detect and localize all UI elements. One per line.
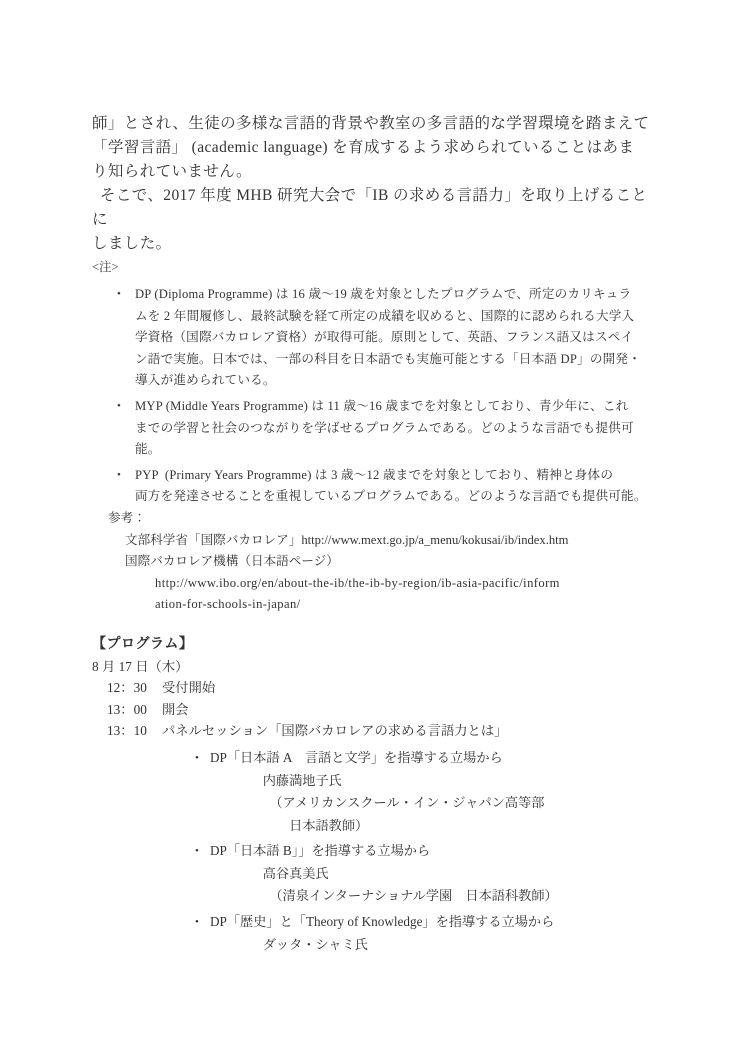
panel-item-text: DP「日本語 B」」を指導する立場から 高谷真美氏 （清泉インターナショナル学園… [210, 840, 558, 908]
schedule-row-opening: 13：00 開会 [107, 699, 661, 721]
intro-section: 師」とされ、生徒の多様な言語的背景や教室の多言語的な学習環境を踏まえて 「学習言… [92, 112, 661, 256]
schedule-label: パネルセッション「国際バカロレアの求める言語力とは」 [162, 720, 507, 742]
panel-session-list: • DP「日本語 A 言語と文学」を指導する立場から 内藤満地子氏 （アメリカン… [92, 747, 661, 956]
bullet-icon: • [117, 284, 135, 392]
bullet-icon: • [117, 465, 135, 508]
note-item-myp: • MYP (Middle Years Programme) は 11 歳〜16… [117, 396, 661, 461]
notes-label: <注> [92, 256, 661, 278]
program-schedule: 12：30 受付開始 13：00 開会 13：10 パネルセッション「国際バカロ… [92, 677, 661, 742]
reference-ibo-url-line-2: ation-for-schools-in-japan/ [155, 594, 661, 616]
schedule-time: 13：10 [107, 720, 162, 742]
bullet-icon: • [195, 911, 210, 956]
reference-mext-link: 文部科学省「国際バカロレア」http://www.mext.go.jp/a_me… [125, 530, 661, 552]
program-section: 【プログラム】 8 月 17 日（木） 12：30 受付開始 13：00 開会 … [92, 634, 661, 956]
bullet-icon: • [195, 840, 210, 908]
schedule-row-panel-session: 13：10 パネルセッション「国際バカロレアの求める言語力とは」 [107, 720, 661, 742]
note-item-pyp: • PYP (Primary Years Programme) は 3 歳〜12… [117, 465, 661, 508]
note-item-text: DP (Diploma Programme) は 16 歳〜19 歳を対象とした… [135, 284, 641, 392]
note-item-dp: • DP (Diploma Programme) は 16 歳〜19 歳を対象と… [117, 284, 661, 392]
schedule-label: 開会 [162, 699, 189, 721]
schedule-label: 受付開始 [162, 677, 215, 699]
schedule-row-reception: 12：30 受付開始 [107, 677, 661, 699]
bullet-icon: • [117, 396, 135, 461]
bullet-icon: • [195, 747, 210, 837]
panel-item-japanese-b: • DP「日本語 B」」を指導する立場から 高谷真美氏 （清泉インターナショナル… [195, 840, 661, 908]
reference-label: 参考： [108, 508, 661, 530]
notes-list: • DP (Diploma Programme) は 16 歳〜19 歳を対象と… [92, 284, 661, 508]
program-date: 8 月 17 日（木） [92, 656, 661, 678]
schedule-time: 13：00 [107, 699, 162, 721]
intro-paragraph-2: そこで、2017 年度 MHB 研究大会で「IB の求める言語力」を取り上げるこ… [92, 184, 661, 256]
note-item-text: PYP (Primary Years Programme) は 3 歳〜12 歳… [135, 465, 647, 508]
panel-item-history-tok: • DP「歴史」と「Theory of Knowledge」を指導する立場から … [195, 911, 661, 956]
reference-section: 参考： 文部科学省「国際バカロレア」http://www.mext.go.jp/… [92, 508, 661, 616]
panel-item-text: DP「日本語 A 言語と文学」を指導する立場から 内藤満地子氏 （アメリカンスク… [210, 747, 544, 837]
reference-ibo-url-line-1: http://www.ibo.org/en/about-the-ib/the-i… [155, 573, 661, 595]
program-heading: 【プログラム】 [92, 634, 661, 656]
note-item-text: MYP (Middle Years Programme) は 11 歳〜16 歳… [135, 396, 634, 461]
panel-item-japanese-a: • DP「日本語 A 言語と文学」を指導する立場から 内藤満地子氏 （アメリカン… [195, 747, 661, 837]
panel-item-text: DP「歴史」と「Theory of Knowledge」を指導する立場から ダッ… [210, 911, 554, 956]
intro-paragraph-1: 師」とされ、生徒の多様な言語的背景や教室の多言語的な学習環境を踏まえて 「学習言… [92, 112, 661, 184]
reference-ibo-title: 国際バカロレア機構（日本語ページ） [125, 551, 661, 573]
document-page: 師」とされ、生徒の多様な言語的背景や教室の多言語的な学習環境を踏まえて 「学習言… [0, 0, 731, 1038]
schedule-time: 12：30 [107, 677, 162, 699]
